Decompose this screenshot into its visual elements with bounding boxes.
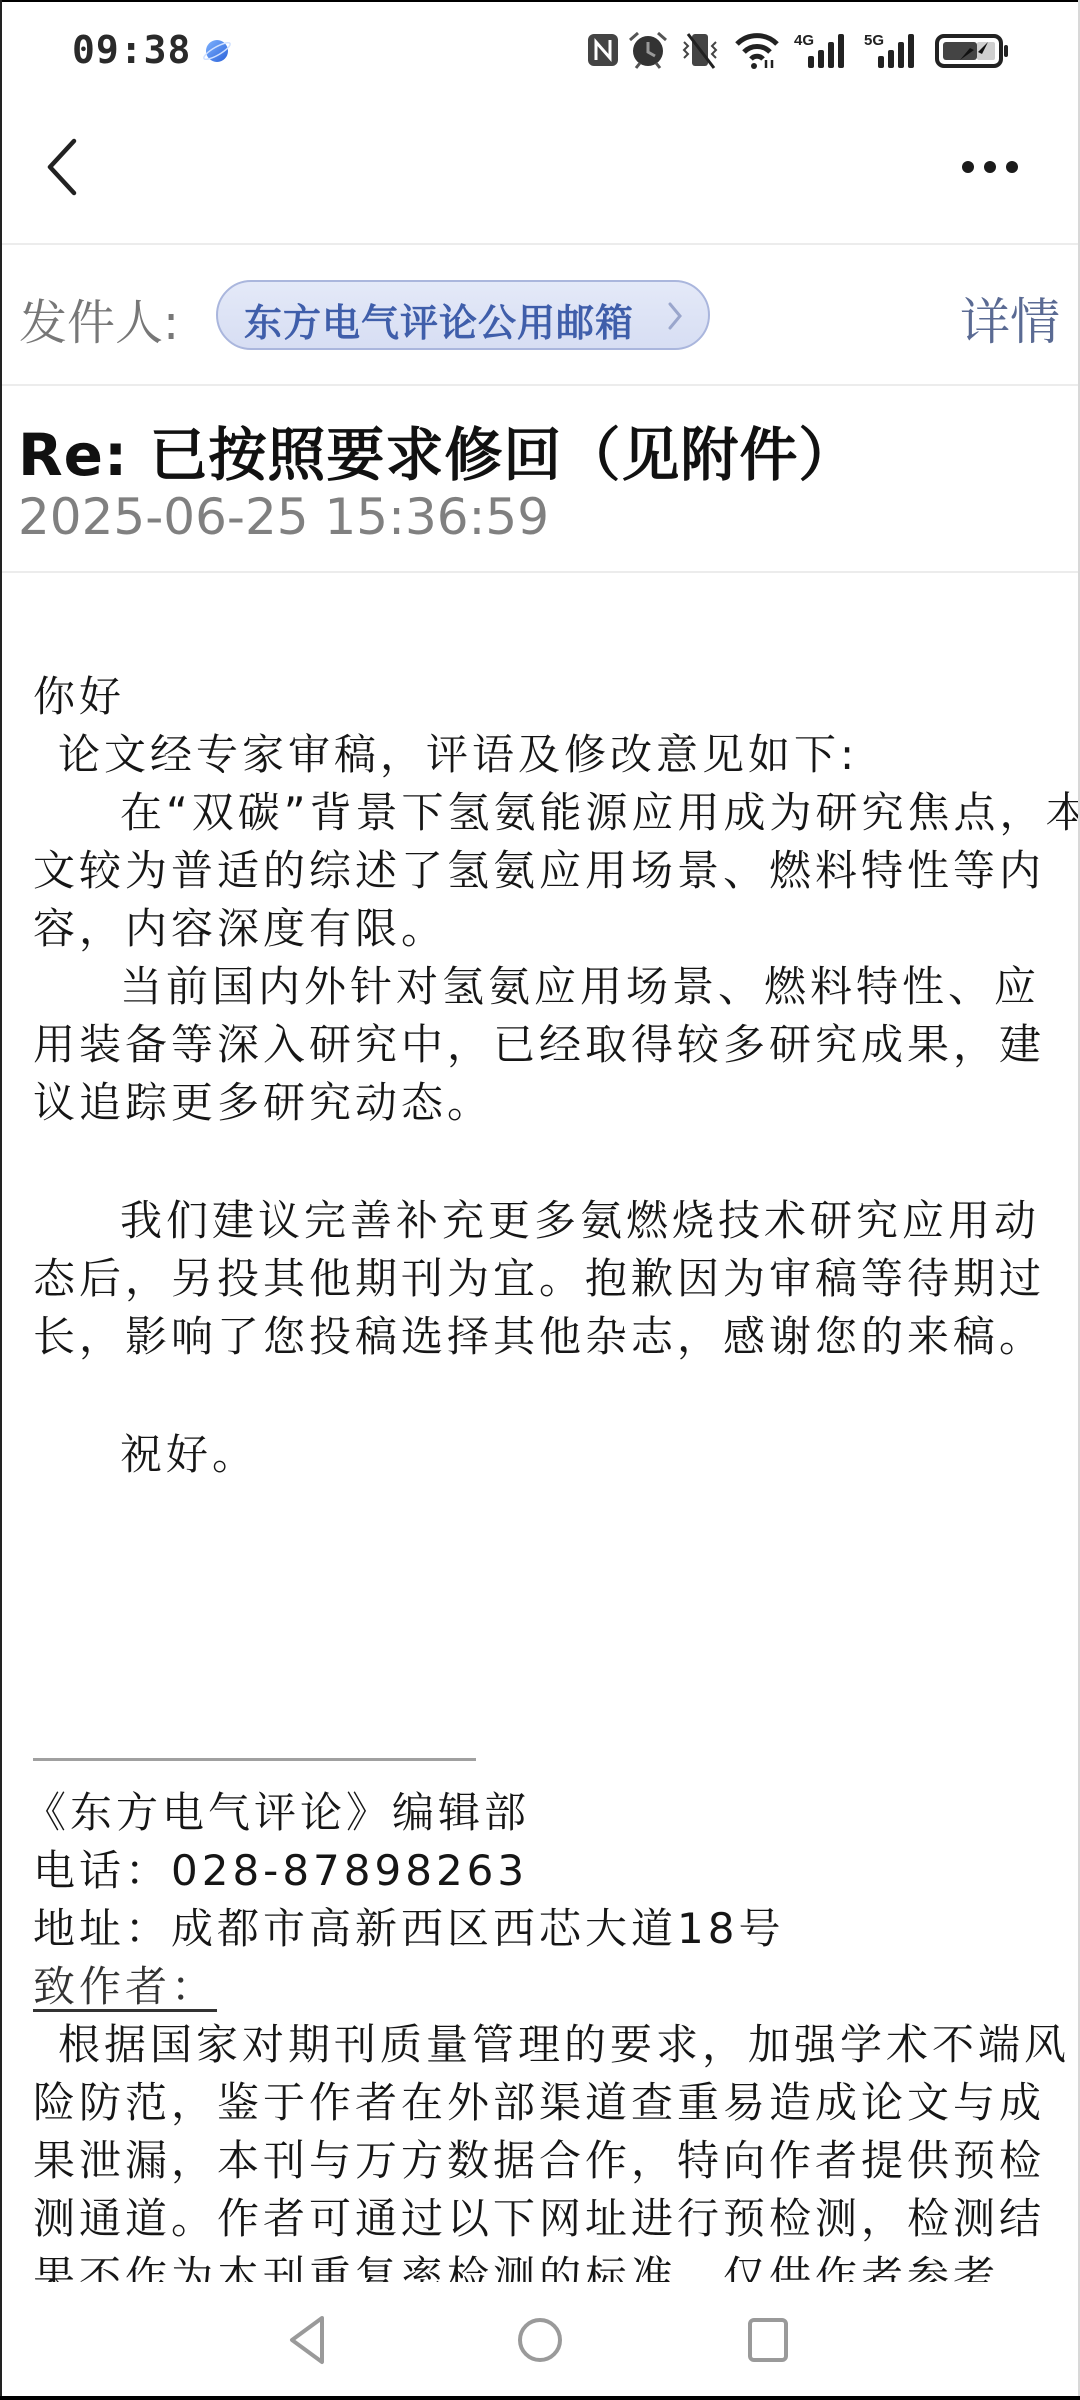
notice-line: 果不作为本刊重复率检测的标准，仅供作者参考 [33,2248,999,2282]
closing: 祝好。 [120,1426,258,1484]
body-line: 在“双碳”背景下氢氨能源应用成为研究焦点，本 [120,784,1080,842]
chevron-right-icon [666,300,684,332]
to-author-label: 致作者： [33,1962,217,2011]
signature-phone: 电话：028-87898263 [33,1842,528,1900]
notice-line: 测通道。作者可通过以下网址进行预检测，检测结 [33,2190,1045,2248]
divider [2,384,1078,386]
email-body: 你好 论文经专家审稿，评语及修改意见如下: 在“双碳”背景下氢氨能源应用成为研究… [0,620,1080,2282]
more-dot-icon [962,161,974,173]
phone-number[interactable]: 028-87898263 [171,1846,528,1895]
signal-5g-icon: 5G [864,30,922,70]
signature-org: 《东方电气评论》编辑部 [24,1784,530,1842]
to-author-heading: 致作者： [33,1958,217,2016]
phone-label: 电话： [33,1846,171,1895]
body-line: 论文经专家审稿，评语及修改意见如下: [58,726,858,784]
divider [2,571,1078,573]
greeting: 你好 [33,668,125,726]
sender-name: 东方电气评论公用邮箱 [244,292,634,347]
system-nav-bar [0,2284,1080,2396]
email-subject: Re: 已按照要求修回（见附件） [18,408,857,492]
svg-text:5G: 5G [864,32,884,49]
nav-back-triangle-icon[interactable] [284,2314,332,2366]
sender-chip[interactable]: 东方电气评论公用邮箱 [216,280,710,350]
sender-label: 发件人: [19,284,179,353]
more-dot-icon [984,161,996,173]
nfc-icon [586,30,620,70]
battery-charging-icon [934,30,1012,70]
nav-home-circle-icon[interactable] [516,2314,564,2366]
app-planet-icon [202,36,232,66]
address-label: 地址： [33,1904,171,1953]
signal-4g-icon: 4G [794,30,852,70]
body-line: 议追踪更多研究动态。 [33,1074,493,1132]
body-line: 我们建议完善补充更多氨燃烧技术研究应用动 [120,1192,1040,1250]
body-line: 态后，另投其他期刊为宜。抱歉因为审稿等待期过 [33,1250,1045,1308]
notice-line: 险防范，鉴于作者在外部渠道查重易造成论文与成 [33,2074,1045,2132]
screen-frame-bottom [0,2396,1080,2400]
screen-frame-left [0,0,2,2400]
nav-recents-square-icon[interactable] [744,2314,792,2366]
vibrate-off-icon [680,30,720,70]
more-dot-icon [1006,161,1018,173]
body-line: 文较为普适的综述了氢氨应用场景、燃料特性等内 [33,842,1045,900]
body-line: 长，影响了您投稿选择其他杂志，感谢您的来稿。 [33,1308,1045,1366]
alarm-icon [626,30,670,70]
email-date: 2025-06-25 15:36:59 [18,488,549,546]
divider [2,243,1078,245]
more-options-button[interactable] [952,150,1028,184]
wifi-icon [734,30,780,70]
signature-divider [33,1758,476,1761]
status-time: 09:38 [72,28,191,72]
body-line: 容，内容深度有限。 [33,900,447,958]
details-link[interactable]: 详情 [960,282,1060,354]
chevron-left-icon[interactable] [40,135,86,199]
signature-address: 地址：成都市高新西区西芯大道18号 [33,1900,784,1958]
notice-line: 果泄漏，本刊与万方数据合作，特向作者提供预检 [33,2132,1045,2190]
svg-text:4G: 4G [794,32,814,49]
status-bar: 09:38 4G 5G [0,0,1080,100]
notice-line: 根据国家对期刊质量管理的要求，加强学术不端风 [58,2016,1070,2074]
body-line: 用装备等深入研究中，已经取得较多研究成果，建 [33,1016,1045,1074]
address-value: 成都市高新西区西芯大道18号 [171,1904,784,1953]
body-line: 当前国内外针对氢氨应用场景、燃料特性、应 [120,958,1040,1016]
